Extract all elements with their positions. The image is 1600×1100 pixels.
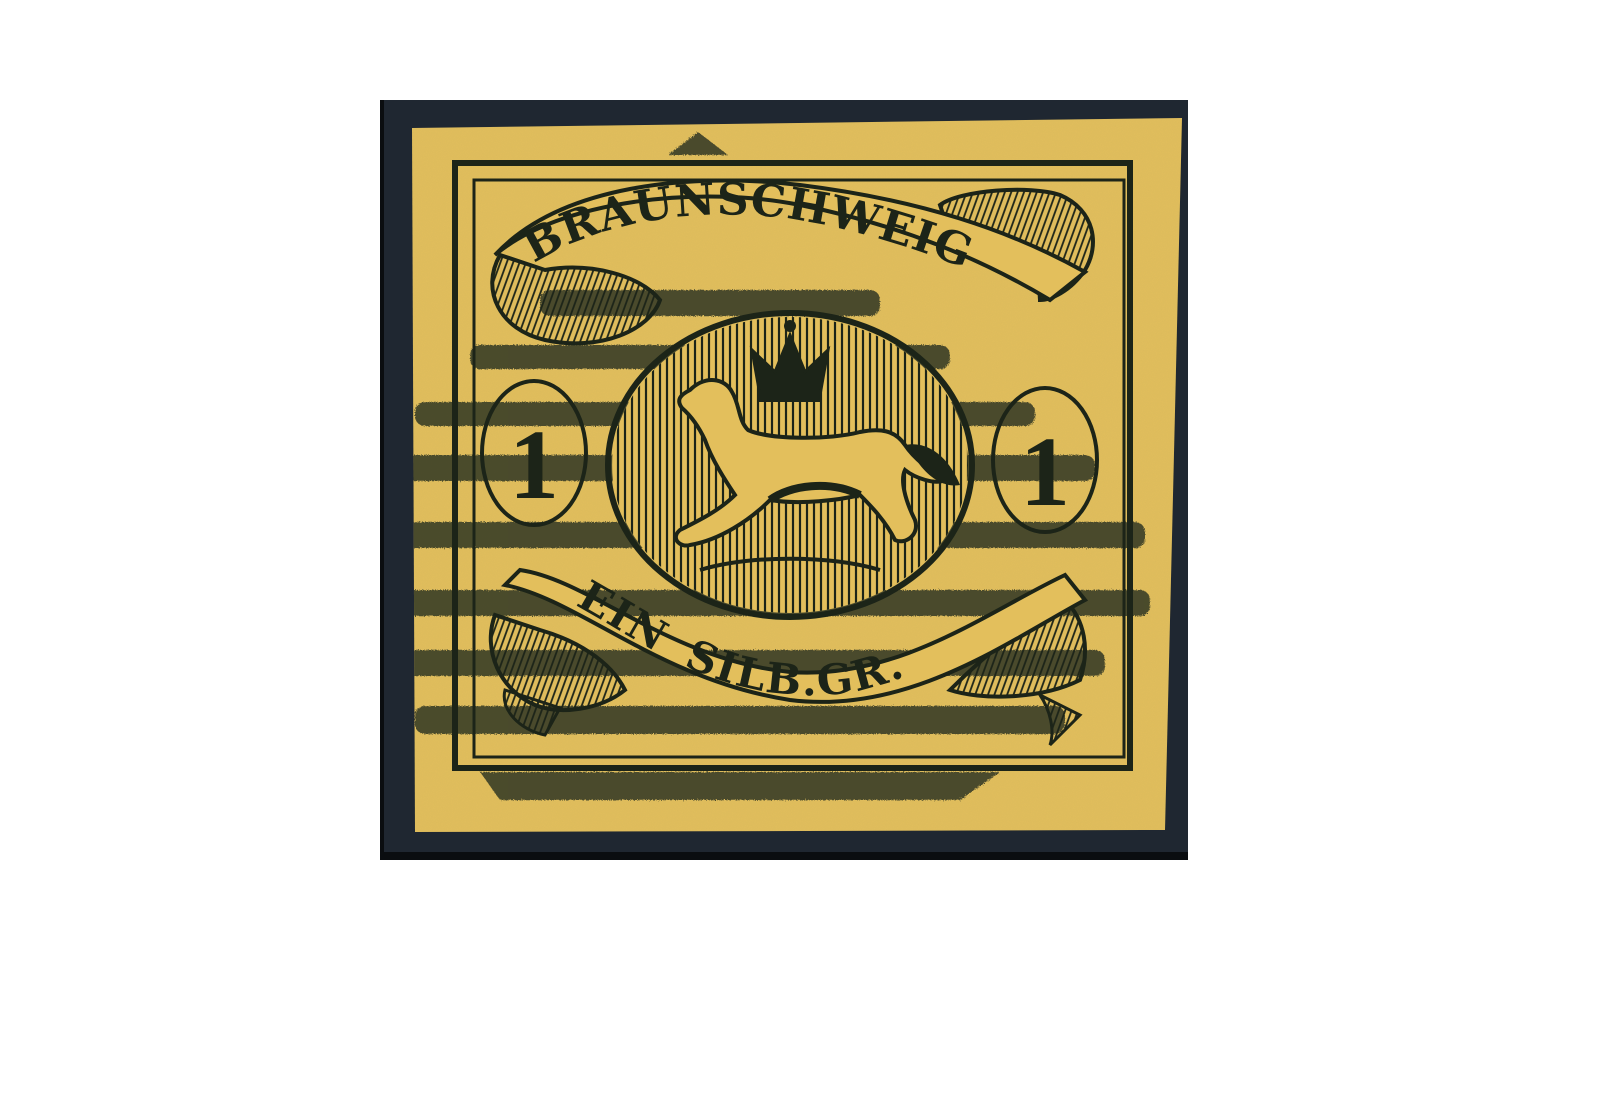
- left-numeral: 1: [509, 409, 559, 520]
- right-numeral: 1: [1020, 416, 1070, 527]
- stamp-photo: BRAUNSCHWEIG 1: [0, 0, 1600, 1100]
